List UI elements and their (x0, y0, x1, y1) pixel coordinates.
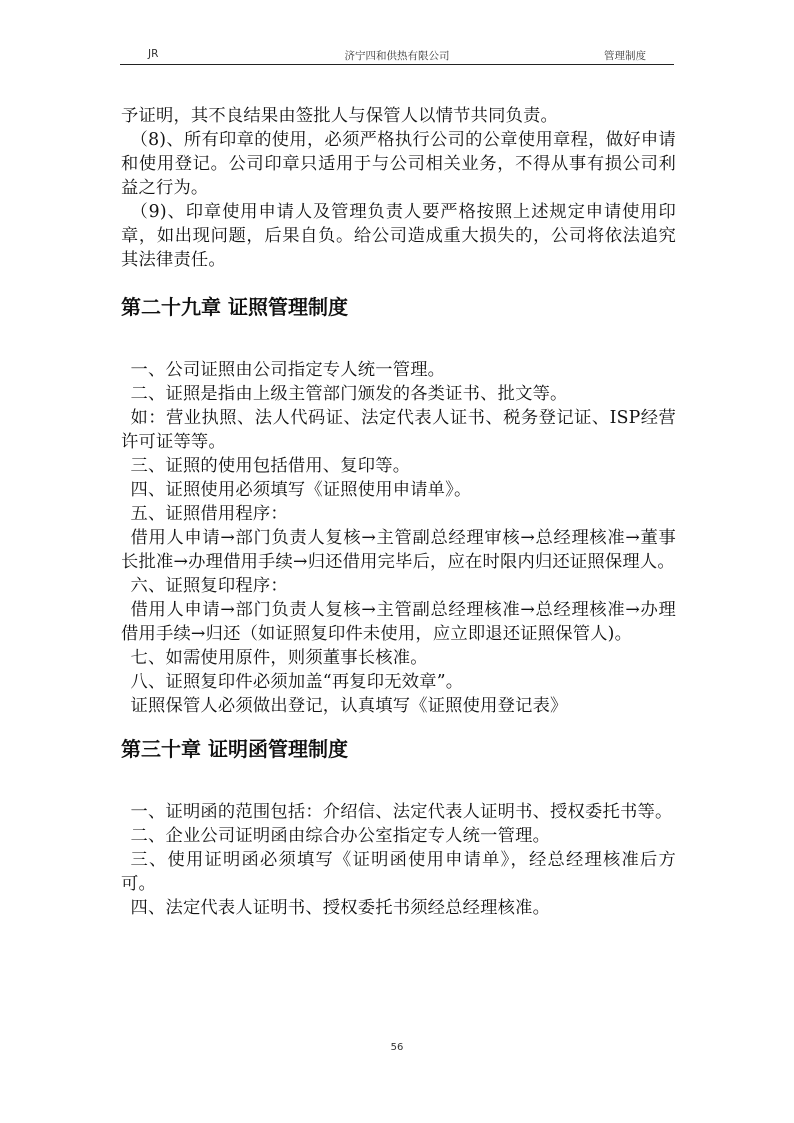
page-number: 56 (0, 1042, 794, 1053)
list-item: 三、使用证明函必须填写《证明函使用申请单》，经总经理核准后方可。 (121, 848, 676, 896)
list-item: 二、企业公司证明函由综合办公室指定专人统一管理。 (121, 824, 676, 848)
list-item: 二、证照是指由上级主管部门颁发的各类证书、批文等。 (121, 382, 676, 406)
list-item: 一、公司证照由公司指定专人统一管理。 (121, 358, 676, 382)
paragraph: （8)、所有印章的使用，必须严格执行公司的公章使用章程，做好申请和使用登记。公司… (121, 128, 676, 200)
list-item: 证照保管人必须做出登记，认真填写《证照使用登记表》 (121, 694, 676, 718)
paragraph: （9)、印章使用申请人及管理负责人要严格按照上述规定申请使用印章，如出现问题，后… (121, 200, 676, 272)
chapter-29-title: 第二十九章 证照管理制度 (121, 292, 676, 322)
list-item: 借用人申请→部门负责人复核→主管副总经理审核→总经理核准→董事长批准→办理借用手… (121, 526, 676, 574)
list-item: 七、如需使用原件，则须董事长核准。 (121, 646, 676, 670)
paragraph: 予证明，其不良结果由签批人与保管人以情节共同负责。 (121, 104, 676, 128)
chapter-30-title: 第三十章 证明函管理制度 (121, 734, 676, 764)
page-body: 予证明，其不良结果由签批人与保管人以情节共同负责。 （8)、所有印章的使用，必须… (121, 104, 676, 920)
list-item: 四、证照使用必须填写《证照使用申请单》。 (121, 478, 676, 502)
list-item: 三、证照的使用包括借用、复印等。 (121, 454, 676, 478)
list-item: 八、证照复印件必须加盖“再复印无效章”。 (121, 670, 676, 694)
list-item: 如：营业执照、法人代码证、法定代表人证书、税务登记证、ISP经营许可证等等。 (121, 406, 676, 454)
list-item: 借用人申请→部门负责人复核→主管副总经理核准→总经理核准→办理借用手续→归还（如… (121, 598, 676, 646)
list-item: 一、证明函的范围包括：介绍信、法定代表人证明书、授权委托书等。 (121, 800, 676, 824)
header-company-name: 济宁四和供热有限公司 (120, 48, 674, 63)
list-item: 四、法定代表人证明书、授权委托书须经总经理核准。 (121, 896, 676, 920)
page-header: JR 济宁四和供热有限公司 管理制度 (120, 44, 674, 65)
list-item: 六、证照复印程序： (121, 574, 676, 598)
list-item: 五、证照借用程序： (121, 502, 676, 526)
header-doc-title: 管理制度 (604, 48, 646, 63)
